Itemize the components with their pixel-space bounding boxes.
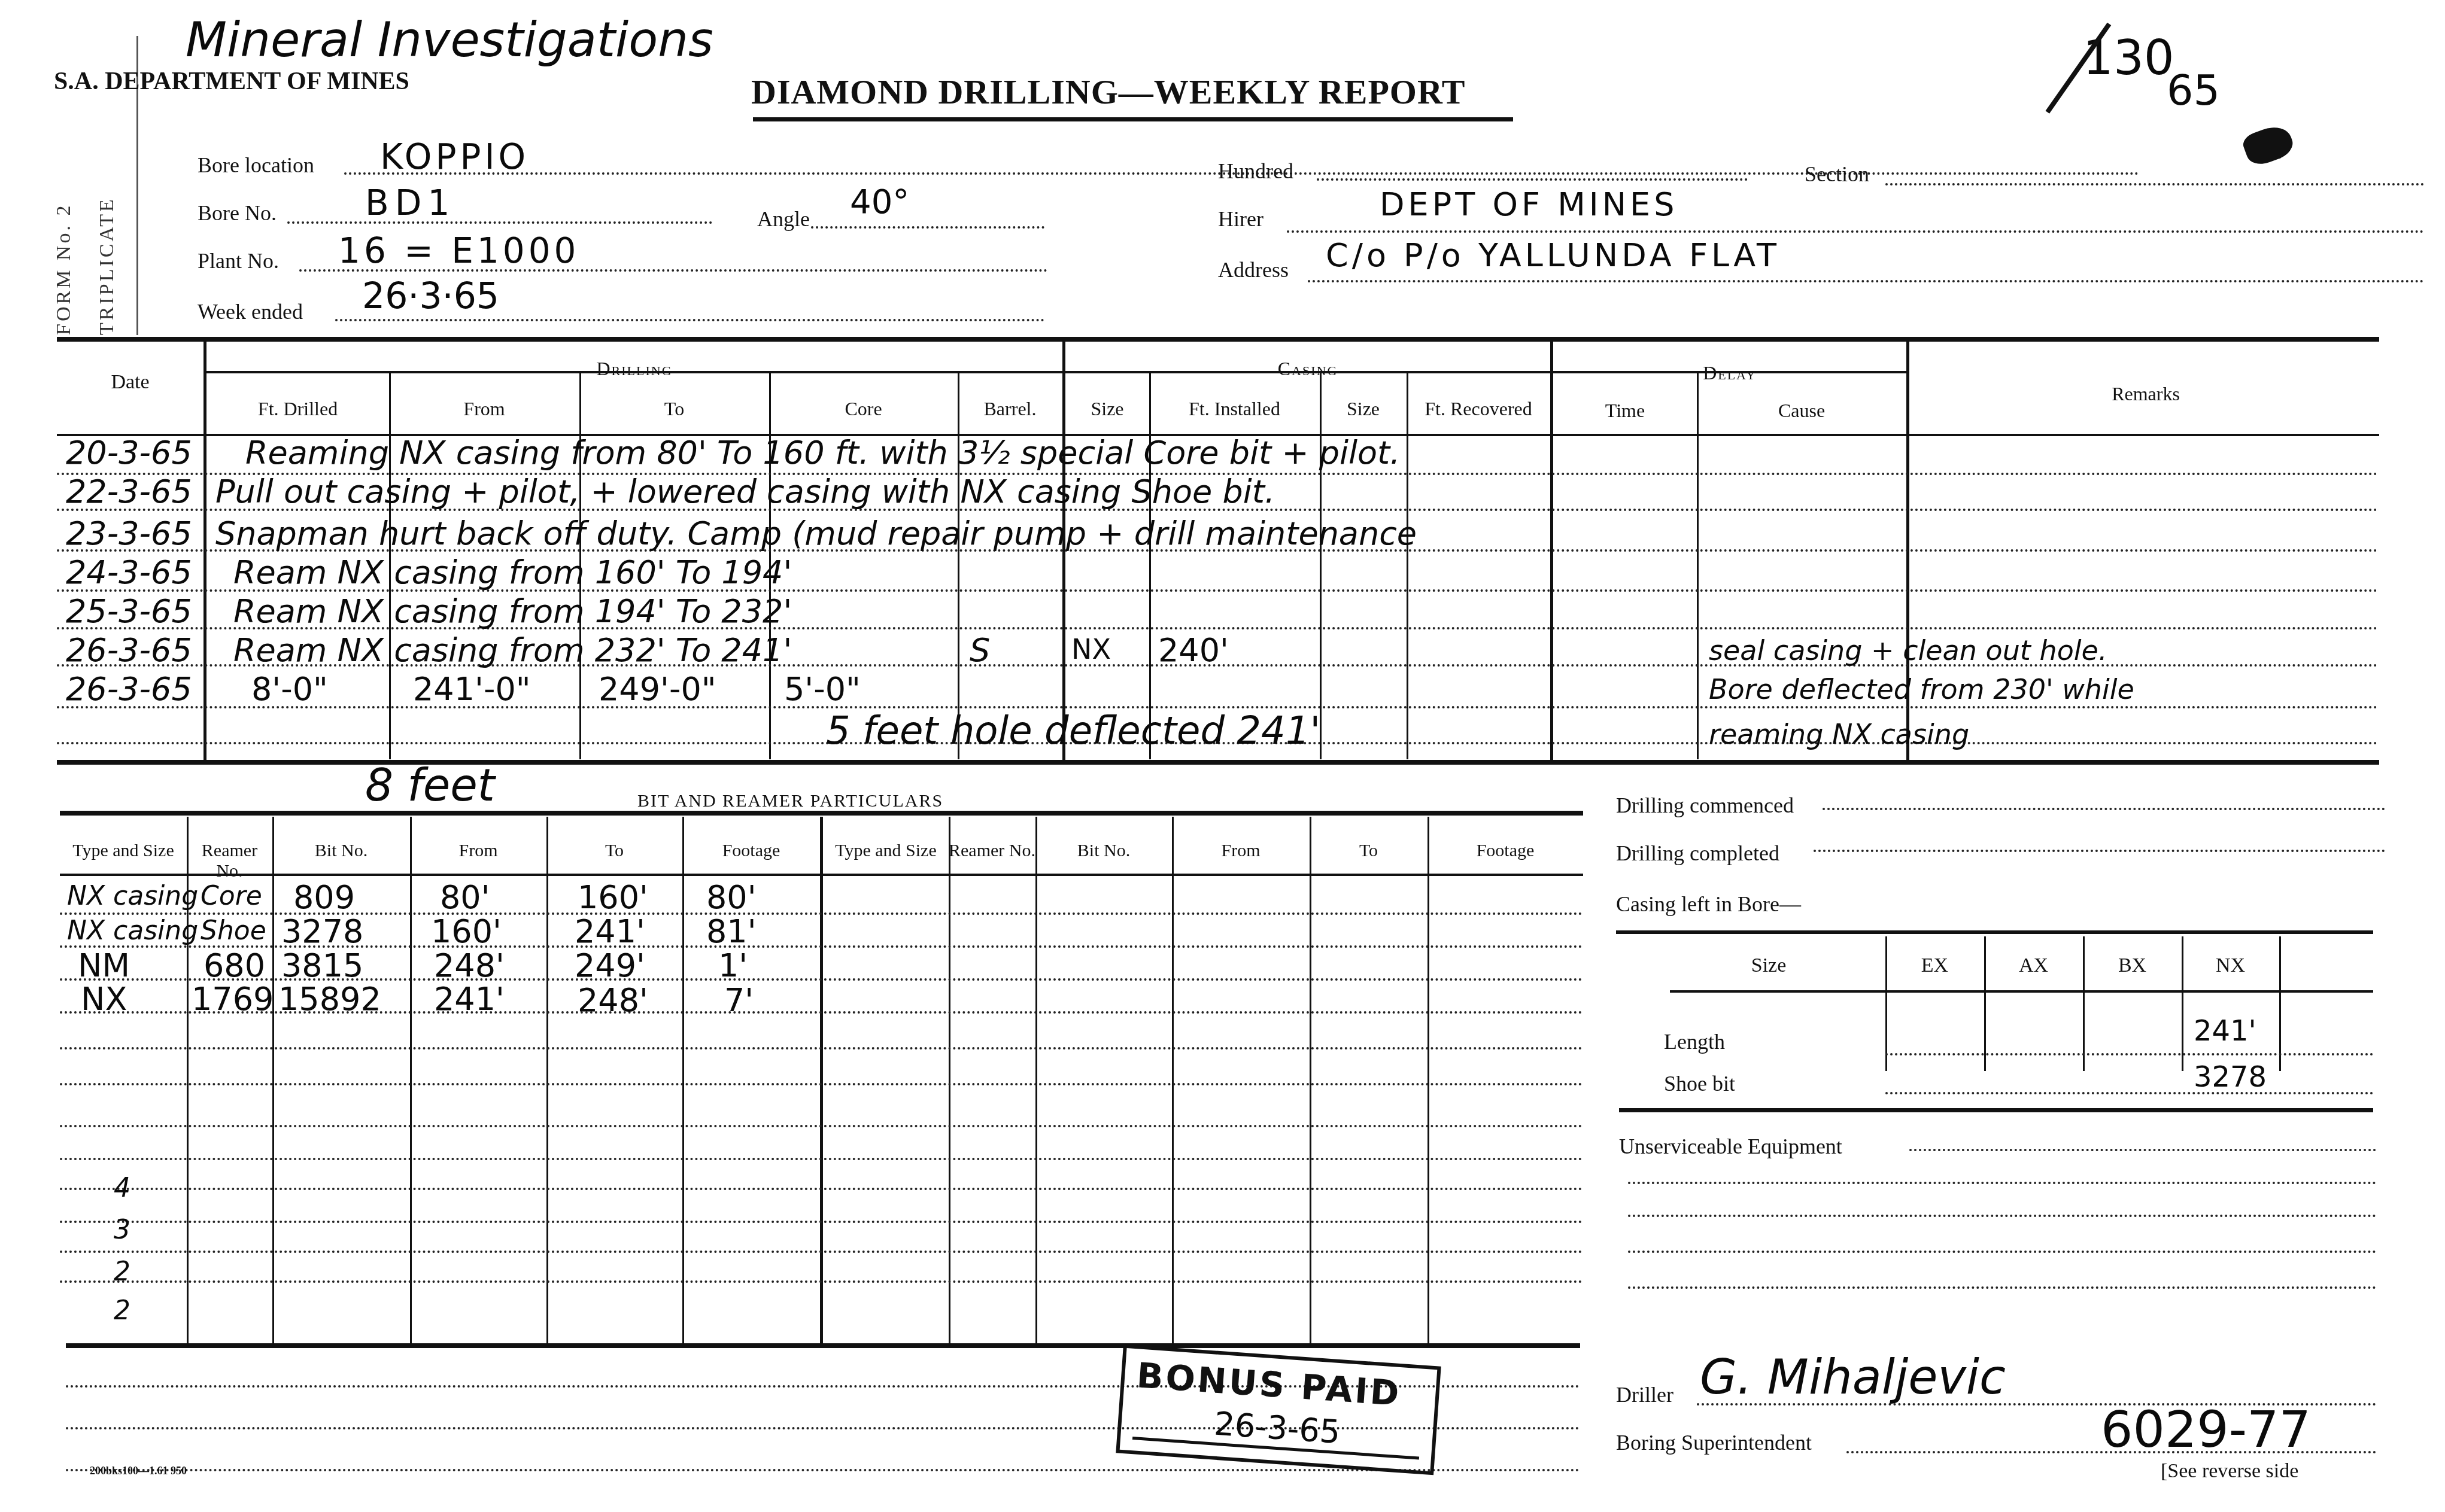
- row-4-note[interactable]: Ream NX casing from 160' To 194': [233, 553, 792, 591]
- row-2-date[interactable]: 22-3-65: [66, 473, 192, 510]
- margin-note: 2: [114, 1295, 130, 1326]
- drilling-table-top-border: [57, 337, 2379, 342]
- row-line: [60, 1188, 1583, 1190]
- bit-col-bit-no: Bit No.: [272, 841, 410, 861]
- col-divider: [546, 817, 548, 1343]
- row-line: [60, 1221, 1583, 1223]
- bit-row-2-from[interactable]: 160': [431, 912, 502, 950]
- col-divider: [682, 817, 684, 1343]
- bit-row-1-reamer[interactable]: Core: [201, 881, 262, 911]
- section-line[interactable]: [1885, 183, 2424, 185]
- bit-row-3-reamer[interactable]: 680: [204, 947, 265, 984]
- bit-row-3-footage[interactable]: 1': [718, 947, 748, 984]
- driller-signature[interactable]: G. Mihaljevic: [1700, 1349, 2006, 1405]
- handwritten-title: Mineral Investigations: [186, 12, 713, 68]
- col-cause: Cause: [1697, 400, 1906, 422]
- bit-row-4-from[interactable]: 241': [434, 980, 505, 1018]
- subheader-line: [206, 371, 1906, 373]
- casing-col-ex: EX: [1885, 954, 1984, 977]
- col-date: Date: [57, 371, 204, 394]
- row-6-date[interactable]: 26-3-65: [66, 631, 192, 669]
- col-divider: [1320, 373, 1322, 759]
- col-divider: [1310, 817, 1311, 1343]
- superintendent-value[interactable]: 6029-77: [2101, 1400, 2311, 1459]
- bit-table-bottom-border: [66, 1343, 1580, 1348]
- bit-table-center-divider: [820, 817, 823, 1343]
- row-7-date[interactable]: 26-3-65: [66, 670, 192, 708]
- casing-col-ax: AX: [1984, 954, 2083, 977]
- col-casing-size: Size: [1065, 398, 1149, 420]
- plant-no-line: [299, 269, 1047, 272]
- hundred-line[interactable]: [1317, 178, 1748, 181]
- col-ft-recovered: Ft. Recovered: [1407, 398, 1550, 420]
- bit-row-1-to[interactable]: 160': [578, 878, 648, 916]
- bit-row-4-footage[interactable]: 7': [724, 981, 754, 1019]
- row-line: [60, 1251, 1583, 1253]
- address-label: Address: [1218, 257, 1289, 282]
- col-divider: [1427, 817, 1429, 1343]
- unserviceable-field-2[interactable]: [1628, 1182, 2376, 1184]
- row-line: [60, 1158, 1583, 1160]
- row-line: [60, 1047, 1583, 1049]
- bit-row-1-footage[interactable]: 80': [706, 878, 757, 916]
- drilling-commenced-label: Drilling commenced: [1616, 793, 1794, 818]
- col-from: From: [389, 398, 579, 420]
- bit-row-1-from[interactable]: 80': [440, 878, 490, 916]
- col-divider: [410, 817, 412, 1343]
- row-line: [60, 1083, 1583, 1085]
- bit-row-4-reamer[interactable]: 1769: [192, 980, 274, 1018]
- row-6-remarks[interactable]: seal casing + clean out hole.: [1709, 634, 2107, 667]
- week-ended-line: [335, 319, 1044, 321]
- row-2-note[interactable]: Pull out casing + pilot, + lowered casin…: [215, 473, 1275, 510]
- week-ended-label: Week ended: [198, 299, 303, 324]
- bore-no-value[interactable]: BD1: [365, 182, 455, 223]
- unserviceable-field-1[interactable]: [1909, 1149, 2376, 1151]
- drilling-completed-field[interactable]: [1814, 850, 2385, 852]
- row-6-ft-installed[interactable]: 240': [1158, 631, 1229, 669]
- drilling-completed-label: Drilling completed: [1616, 841, 1779, 866]
- length-label: Length: [1664, 1029, 1725, 1054]
- row-6-note[interactable]: Ream NX casing from 232' To 241': [233, 631, 792, 669]
- report-title: DIAMOND DRILLING—WEEKLY REPORT: [751, 72, 1465, 112]
- bit-row-4-bit[interactable]: 15892: [278, 980, 381, 1018]
- col-divider: [1149, 373, 1151, 759]
- col-divider: [958, 373, 959, 759]
- casing-col-bx: BX: [2083, 954, 2182, 977]
- col-divider: [949, 817, 950, 1343]
- form-code: 200bks100—1.61 950: [90, 1465, 187, 1477]
- bore-no-label: Bore No.: [198, 200, 277, 226]
- row-1-note[interactable]: Reaming NX casing from 80' To 160 ft. wi…: [245, 434, 1400, 471]
- section-label: Section: [1805, 162, 1869, 187]
- plant-no-value[interactable]: 16 = E1000: [338, 230, 580, 271]
- col-barrel: Barrel.: [958, 398, 1062, 420]
- bit-table-top-border: [60, 811, 1583, 816]
- bit-row-3-from[interactable]: 248': [434, 947, 505, 984]
- hirer-line: [1287, 230, 2424, 233]
- hirer-value[interactable]: DEPT OF MINES: [1380, 185, 1678, 223]
- superintendent-label: Boring Superintendent: [1616, 1430, 1812, 1455]
- unserviceable-label: Unserviceable Equipment: [1619, 1134, 1842, 1159]
- bit-right-col-type: Type and Size: [823, 841, 949, 861]
- driller-label: Driller: [1616, 1382, 1673, 1407]
- casing-col-size: Size: [1652, 954, 1885, 977]
- angle-value[interactable]: 40°: [850, 182, 909, 221]
- bit-row-1-type[interactable]: NX casing: [67, 881, 198, 911]
- row-5-note[interactable]: Ream NX casing from 194' To 232': [233, 592, 792, 630]
- group-drilling: Drilling: [206, 358, 1062, 380]
- row-6-barrel[interactable]: S: [970, 631, 990, 669]
- hirer-label: Hirer: [1218, 206, 1263, 232]
- col-divider: [2279, 936, 2281, 1071]
- bit-row-2-reamer[interactable]: Shoe: [201, 915, 266, 946]
- margin-note: 3: [114, 1215, 130, 1245]
- title-underline: [753, 117, 1513, 121]
- bit-row-2-footage[interactable]: 81': [706, 912, 757, 950]
- row-3-date[interactable]: 23-3-65: [66, 515, 192, 552]
- col-divider: [1035, 817, 1037, 1343]
- see-reverse-note: [See reverse side: [2161, 1460, 2298, 1483]
- row-4-date[interactable]: 24-3-65: [66, 553, 192, 591]
- drilling-commenced-field[interactable]: [1823, 808, 2385, 810]
- col-ft-installed: Ft. Installed: [1149, 398, 1320, 420]
- angle-line: [811, 226, 1044, 229]
- address-value[interactable]: C/o P/o YALLUNDA FLAT: [1326, 236, 1780, 274]
- bit-col-footage: Footage: [682, 841, 820, 861]
- unserviceable-field-5[interactable]: [1628, 1286, 2376, 1289]
- col-divider: [272, 817, 274, 1343]
- row-8-note[interactable]: 5 feet hole deflected 241': [826, 709, 1320, 753]
- col-divider: [1172, 817, 1174, 1343]
- bit-row-2-bit[interactable]: 3278: [281, 912, 363, 950]
- bore-no-line: [287, 221, 712, 224]
- row-line: [60, 1125, 1583, 1127]
- triplicate-vertical: TRIPLICATE: [96, 197, 119, 335]
- bonus-paid-stamp: BONUS PAID 26-3-65: [1116, 1344, 1441, 1476]
- margin-note: 2: [114, 1257, 130, 1287]
- row-7-remarks[interactable]: Bore deflected from 230' while: [1709, 673, 2134, 705]
- row-line: [57, 706, 2379, 708]
- row-7-core[interactable]: 5'-0": [784, 670, 861, 708]
- row-7-from[interactable]: 241'-0": [413, 670, 531, 708]
- shoe-bit-nx-value[interactable]: 3278: [2194, 1060, 2267, 1094]
- bore-location-value[interactable]: KOPPIO: [380, 136, 529, 177]
- bore-location-label: Bore location: [198, 153, 314, 178]
- col-to: To: [579, 398, 769, 420]
- group-remarks: Remarks: [1909, 383, 2382, 405]
- bit-row-4-type[interactable]: NX: [81, 980, 127, 1018]
- col-divider: [1697, 373, 1699, 759]
- col-recovered-size: Size: [1320, 398, 1407, 420]
- department-name: S.A. DEPARTMENT OF MINES: [54, 67, 409, 96]
- bit-row-2-to[interactable]: 241': [575, 912, 645, 950]
- bit-row-2-type[interactable]: NX casing: [67, 915, 198, 946]
- row-8-remarks[interactable]: reaming NX casing: [1709, 718, 1969, 750]
- row-line: [60, 1280, 1583, 1283]
- row-line: [1885, 1053, 2373, 1055]
- bit-right-col-from: From: [1172, 841, 1310, 861]
- row-line: [1885, 1092, 2373, 1094]
- col-ft-drilled: Ft. Drilled: [206, 398, 389, 420]
- casing-table-top: [1616, 930, 2373, 934]
- form-number-vertical: FORM No. 2: [53, 203, 75, 335]
- bit-right-col-bit-no: Bit No.: [1035, 841, 1172, 861]
- bit-right-col-reamer: Reamer No.: [949, 841, 1035, 861]
- plant-no-label: Plant No.: [198, 248, 279, 273]
- col-time: Time: [1553, 400, 1697, 422]
- casing-col-nx: NX: [2182, 954, 2279, 977]
- row-7-to[interactable]: 249'-0": [599, 670, 716, 708]
- casing-table-bottom: [1619, 1108, 2373, 1112]
- row-6-casing-size[interactable]: NX: [1071, 633, 1111, 665]
- row-3-note[interactable]: Snapman hurt back off duty. Camp (mud re…: [215, 515, 1417, 552]
- bit-row-3-bit[interactable]: 3815: [281, 947, 363, 984]
- week-ended-value[interactable]: 26·3·65: [362, 275, 499, 317]
- file-number-bottom: 65: [2167, 66, 2220, 115]
- col-core: Core: [769, 398, 958, 420]
- length-nx-value[interactable]: 241': [2194, 1014, 2256, 1048]
- group-casing: Casing: [1065, 358, 1550, 380]
- angle-label: Angle: [757, 206, 810, 232]
- shoe-bit-label: Shoe bit: [1664, 1071, 1735, 1096]
- casing-header-bottom: [1670, 990, 2373, 993]
- bit-row-3-to[interactable]: 249': [575, 947, 645, 984]
- total-feet-note: 8 feet: [365, 760, 495, 811]
- bit-row-4-to[interactable]: 248': [578, 981, 648, 1019]
- margin-note: 4: [114, 1173, 130, 1203]
- superintendent-line: [1846, 1451, 2376, 1453]
- address-line: [1308, 280, 2424, 282]
- unserviceable-field-3[interactable]: [1628, 1215, 2376, 1217]
- ink-blot: [2240, 121, 2297, 169]
- row-1-date[interactable]: 20-3-65: [66, 434, 192, 471]
- bit-row-1-bit[interactable]: 809: [293, 878, 355, 916]
- bit-col-type: Type and Size: [60, 841, 187, 861]
- bit-row-3-type[interactable]: NM: [78, 947, 130, 984]
- bit-header-bottom: [60, 874, 1583, 876]
- bit-col-from: From: [410, 841, 546, 861]
- col-divider: [1407, 373, 1408, 759]
- bit-col-to: To: [546, 841, 682, 861]
- hundred-label: Hundred: [1218, 159, 1293, 184]
- row-7-ft-drilled[interactable]: 8'-0": [251, 670, 328, 708]
- bit-right-col-to: To: [1310, 841, 1427, 861]
- unserviceable-field-4[interactable]: [1628, 1251, 2376, 1253]
- casing-left-label: Casing left in Bore—: [1616, 892, 1801, 917]
- bit-right-col-footage: Footage: [1427, 841, 1583, 861]
- bit-reamer-title: BIT AND REAMER PARTICULARS: [637, 791, 943, 811]
- row-5-date[interactable]: 25-3-65: [66, 592, 192, 630]
